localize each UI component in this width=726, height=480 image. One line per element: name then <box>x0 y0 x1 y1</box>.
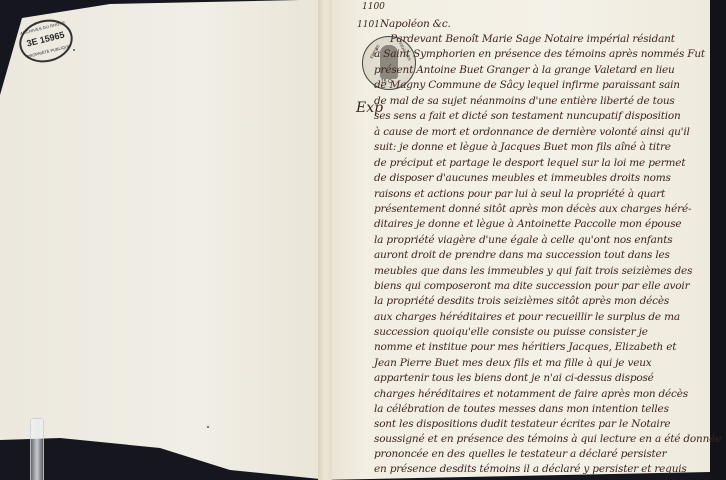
text-line: sont les dispositions dudit testateur éc… <box>374 418 670 430</box>
text-line: charges héréditaires et notamment de fai… <box>374 388 688 400</box>
text-line: de disposer d'aucunes meubles et immeubl… <box>374 172 671 184</box>
text-line: de mal de sa sujet néanmoins d'une entiè… <box>374 95 675 107</box>
text-line: Jean Pierre Buet mes deux fils et ma fil… <box>374 357 652 369</box>
dark-edge-right <box>710 0 726 480</box>
text-line: biens qui composeront ma dite succession… <box>374 280 689 292</box>
ink-spot <box>73 49 75 51</box>
text-line: suit: je donne et lègue à Jacques Buet m… <box>374 141 671 153</box>
page-gutter <box>318 0 332 480</box>
text-line: nomme et institue pour mes héritiers Jac… <box>374 341 676 353</box>
text-line: Napoléon &c. <box>380 18 451 30</box>
text-line: présent Antoine Buet Granger à la grange… <box>374 64 675 76</box>
text-line: aux charges héréditaires et pour recueil… <box>374 311 680 323</box>
text-line: succession quoiqu'elle consiste ou puiss… <box>374 326 648 338</box>
text-line: appartenir tous les biens dont je n'ai c… <box>374 372 654 384</box>
text-line: à cause de mort et ordonnance de dernièr… <box>374 126 690 138</box>
text-line: raisons et actions pour par lui à seul l… <box>374 188 665 200</box>
folio-number: 1101 <box>357 20 380 30</box>
photo-background: ARCHIVES DU RHÔNE 3E 15965 PROPRIÉTÉ PUB… <box>0 0 726 480</box>
text-line: soussigné et en présence des témoins à q… <box>374 433 721 445</box>
text-line: la propriété desdits trois seizièmes sit… <box>374 295 669 307</box>
text-line: ses sens a fait et dicté son testament n… <box>374 110 681 122</box>
text-line: ditaires je donne et lègue à Antoinette … <box>374 218 681 230</box>
text-line: la propriété viagère d'une égale à celle… <box>374 234 672 246</box>
text-line: présentement donné sitôt après mon décès… <box>374 203 691 215</box>
ink-spot <box>207 426 209 428</box>
folio-number-top: 1100 <box>362 2 385 12</box>
text-line: la célébration de toutes messes dans mon… <box>374 403 669 415</box>
text-line: Pardevant Benoît Marie Sage Notaire impé… <box>390 33 675 45</box>
text-line: de Magny Commune de Sâcy lequel infirme … <box>374 79 680 91</box>
glass-weight-rod <box>30 418 44 480</box>
text-line: à Saint Symphorien en présence des témoi… <box>374 48 705 60</box>
text-line: de préciput et partage le desport lequel… <box>374 157 685 169</box>
text-line: meubles que dans les immeubles y qui fai… <box>374 265 692 277</box>
text-line: auront droit de prendre dans ma successi… <box>374 249 670 261</box>
text-line: prononcée en des quelles le testateur a … <box>374 448 666 460</box>
left-page <box>0 0 330 480</box>
text-line: en présence desdits témoins il a déclaré… <box>374 463 687 475</box>
